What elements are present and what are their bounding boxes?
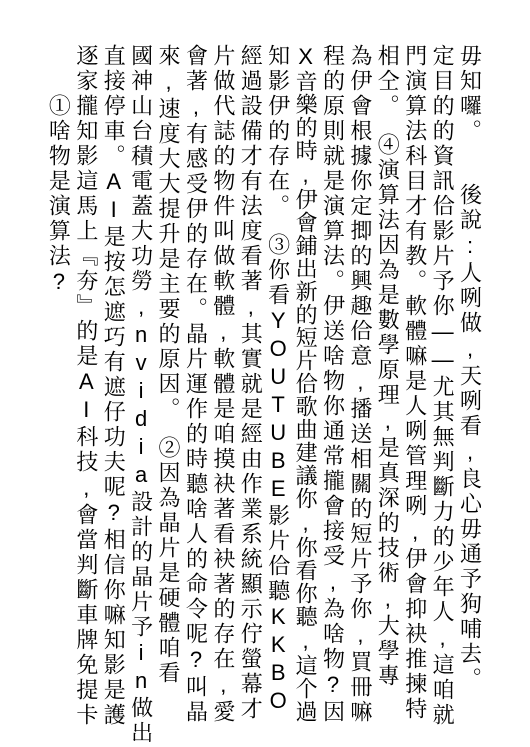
text-column-8: 經過設備才有法度看著,其實就是經由作業系統顯示佇螢幕才 [237, 44, 264, 736]
text-column-9: 知影伊的存在。 ③你看YOUTUBE影片佮聽KKBO [264, 44, 291, 736]
text-column-7: 片做代誌的物件叫做軟體,軟體是咱摸袂著看袂著的存在,愛 [209, 44, 236, 736]
text-column-4: 國神山台積電蓋大功勞,nvidia設計的晶片予in做出 [127, 44, 154, 736]
text-column-13: 相仝。 ④演算法因為是數學原理,是真深的技術,大學專 [374, 44, 401, 736]
text-column-2: 逐家攏知影這馬上『夯』的是AI科技,會當判斷車牌免提卡 [72, 44, 99, 736]
text-column-11: 程的原則就是演算法。伊送啥物你通常攏會接受,為啥物?因 [319, 44, 346, 736]
text-column-16: 毋知囉。 後說:人咧做,天咧看,良心毋通予狗哺去。 [456, 44, 483, 736]
text-column-3: 直接停車。AI是按怎遮巧有遮仔功夫呢?相信你嘛知影是護 [100, 44, 127, 736]
text-column-5: 來,速度大大提升是主要的原因。 ②因為晶片是硬體咱看 [155, 44, 182, 736]
text-column-15: 定目的的資訊佮影片予你——尤其無判斷力的少年人,這咱就 [429, 44, 456, 736]
text-column-14: 門演算法科目才有教。軟體嘛是人咧管理咧,伊會抑袂推揀特 [401, 44, 428, 736]
text-column-12: 為伊會根據你定揤的興趣佮意,播送相關的短片予你,買冊嘛 [346, 44, 373, 736]
text-column-1: ①啥物是演算法? [45, 44, 72, 736]
document-page: ①啥物是演算法? 逐家攏知影這馬上『夯』的是AI科技,會當判斷車牌免提卡 直接停… [45, 44, 484, 736]
text-column-10: X音樂的時,伊會鋪出新的短片佮歌曲建議你,你看你聽,這个過 [292, 44, 319, 736]
text-column-6: 會著,有感受伊的存在。晶片運作的時聽啥人的命令呢?叫晶 [182, 44, 209, 736]
